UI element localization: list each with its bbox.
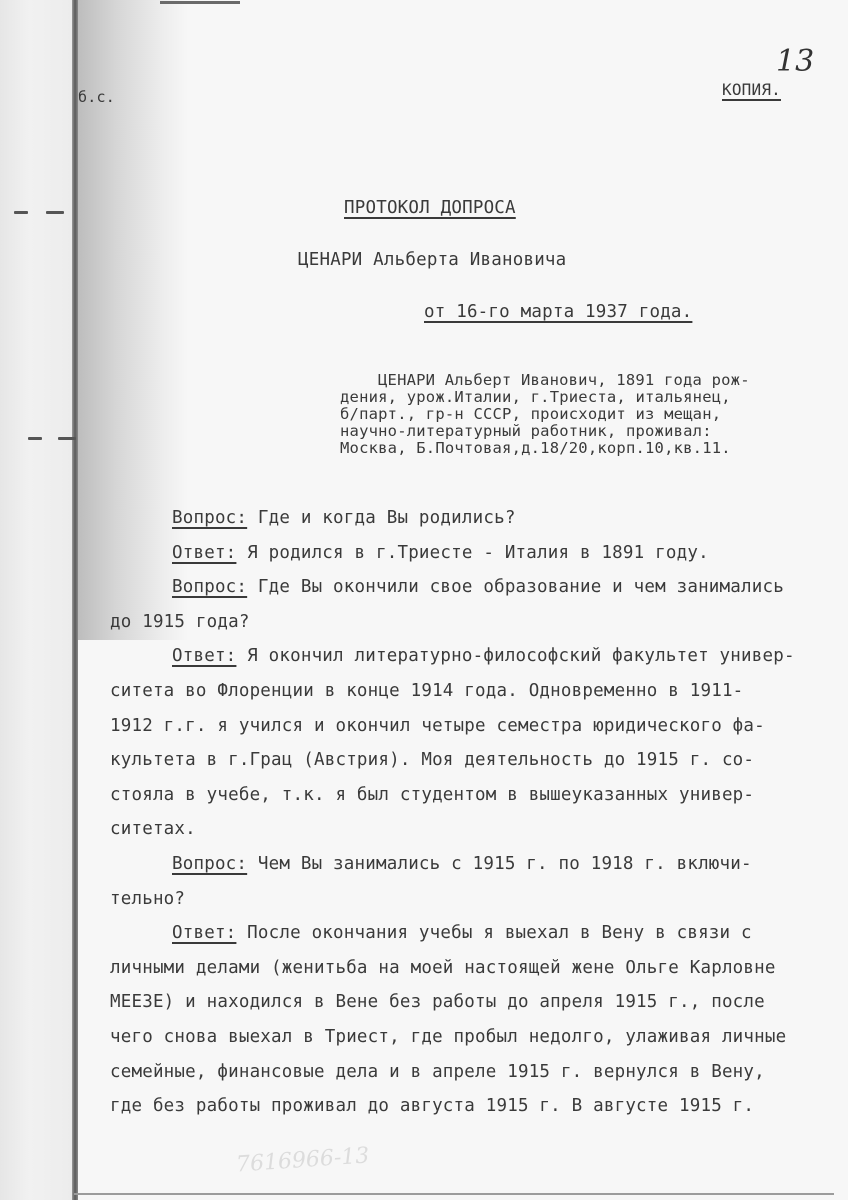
bio-line: дения, урож.Италии, г.Триеста, итальянец… (340, 389, 731, 406)
date-line: от 16-го марта 1937 года. (424, 302, 692, 322)
binding-hole-mark (46, 211, 64, 214)
binding-hole-mark (14, 211, 28, 214)
binding-hole-mark (28, 437, 42, 440)
body-text: 1912 г.г. я учился и окончил четыре семе… (110, 716, 765, 736)
archive-stamp: 7616966-13 (235, 1143, 370, 1177)
body-line: Вопрос: Где и когда Вы родились? (172, 508, 516, 528)
body-line: тельно? (110, 889, 185, 909)
body-text: ситета во Флоренции в конце 1914 года. О… (110, 681, 743, 701)
bio-line: научно-литературный работник, проживал: (340, 423, 712, 440)
body-line: до 1915 года? (110, 612, 250, 632)
body-text: стояла в учебе, т.к. я был студентом в в… (110, 785, 754, 805)
answer-label: Ответ: (172, 646, 236, 666)
body-line: личными делами (женитьба на моей настоящ… (110, 958, 776, 978)
bio-line: ЦЕНАРИ Альберт Иванович, 1891 года рож- (378, 372, 750, 389)
body-line: семейные, финансовые дела и в апреле 191… (110, 1062, 765, 1082)
body-line: чего снова выехал в Триест, где пробыл н… (110, 1027, 786, 1047)
body-line: где без работы проживал до августа 1915 … (110, 1096, 754, 1116)
body-line: ситета во Флоренции в конце 1914 года. О… (110, 681, 743, 701)
corner-mark: б.с. (78, 88, 115, 106)
body-text: После окончания учебы я выехал в Вену в … (236, 923, 751, 943)
body-text: чего снова выехал в Триест, где пробыл н… (110, 1027, 786, 1047)
body-text: культета в г.Грац (Австрия). Моя деятель… (110, 750, 754, 770)
body-line: МЕЕЗЕ) и находился в Вене без работы до … (110, 992, 765, 1012)
body-line: Вопрос: Чем Вы занимались с 1915 г. по 1… (172, 854, 752, 874)
binding-hole-mark (58, 437, 76, 440)
top-edge-mark (160, 1, 240, 4)
bio-line: б/парт., гр-н СССР, происходит из мещан, (340, 406, 721, 423)
body-text: Я окончил литературно-философский факуль… (236, 646, 794, 666)
body-line: 1912 г.г. я учился и окончил четыре семе… (110, 716, 765, 736)
document-title: ПРОТОКОЛ ДОПРОСА (344, 198, 516, 218)
body-text: где без работы проживал до августа 1915 … (110, 1096, 754, 1116)
body-line: Ответ: После окончания учебы я выехал в … (172, 923, 752, 943)
body-text: тельно? (110, 889, 185, 909)
body-line: Вопрос: Где Вы окончили свое образование… (172, 577, 784, 597)
copy-label: КОПИЯ. (722, 80, 781, 99)
page-number-handwritten: 13 (776, 44, 814, 79)
body-text: ситетах. (110, 819, 196, 839)
bio-line: Москва, Б.Почтовая,д.18/20,корп.10,кв.11… (340, 440, 731, 457)
body-line: культета в г.Грац (Австрия). Моя деятель… (110, 750, 754, 770)
body-text: Где и когда Вы родились? (247, 508, 515, 528)
body-text: Я родился в г.Триесте - Италия в 1891 го… (236, 543, 708, 563)
answer-label: Ответ: (172, 923, 236, 943)
body-text: семейные, финансовые дела и в апреле 191… (110, 1062, 765, 1082)
body-line: Ответ: Я родился в г.Триесте - Италия в … (172, 543, 709, 563)
question-label: Вопрос: (172, 577, 247, 597)
question-label: Вопрос: (172, 854, 247, 874)
body-line: стояла в учебе, т.к. я был студентом в в… (110, 785, 754, 805)
body-text: Где Вы окончили свое образование и чем з… (247, 577, 784, 597)
outer-margin (0, 0, 74, 1200)
answer-label: Ответ: (172, 543, 236, 563)
body-text: Чем Вы занимались с 1915 г. по 1918 г. в… (247, 854, 752, 874)
body-line: Ответ: Я окончил литературно-философский… (172, 646, 795, 666)
question-label: Вопрос: (172, 508, 247, 528)
body-text: до 1915 года? (110, 612, 250, 632)
binding-fold (72, 0, 78, 1200)
subject-name: ЦЕНАРИ Альберта Ивановича (298, 250, 566, 270)
body-text: личными делами (женитьба на моей настоящ… (110, 958, 776, 978)
bottom-edge (74, 1193, 834, 1195)
body-line: ситетах. (110, 819, 196, 839)
body-text: МЕЕЗЕ) и находился в Вене без работы до … (110, 992, 765, 1012)
